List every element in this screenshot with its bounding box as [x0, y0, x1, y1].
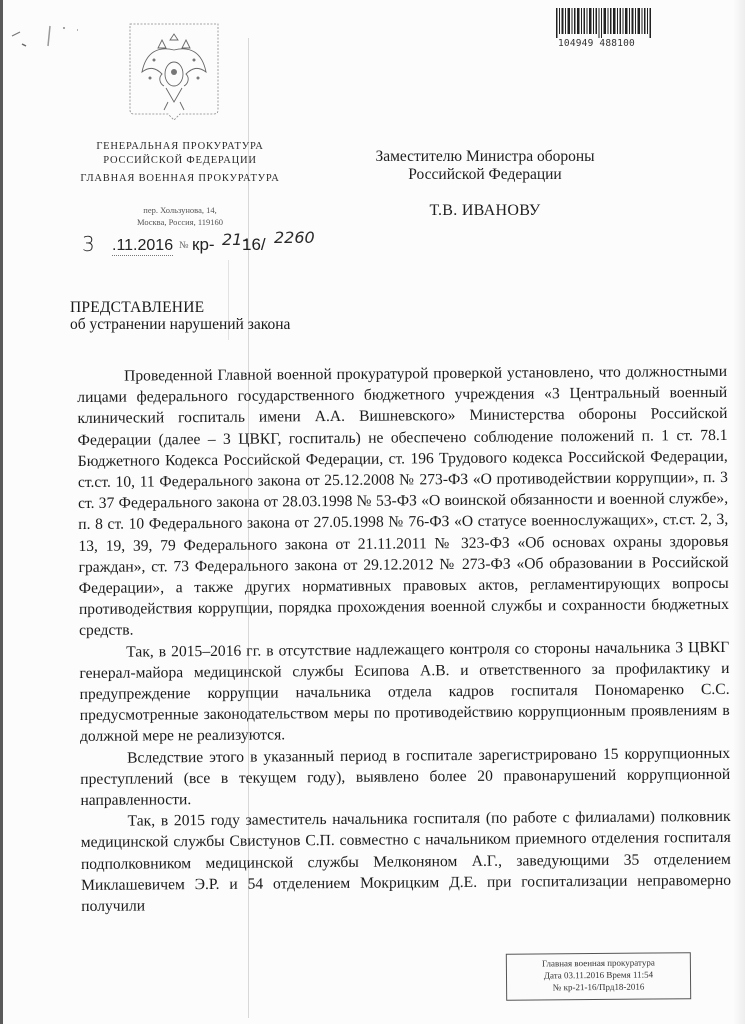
document-title: ПРЕДСТАВЛЕНИЕ об устранении нарушений за…: [70, 299, 290, 333]
barcode-number: 104949 488100: [558, 38, 656, 49]
body-paragraph-4: Так, в 2015 году заместитель начальника …: [80, 806, 731, 917]
addressee-block: Заместителю Министра обороны Российской …: [355, 148, 615, 220]
scan-marks-icon: [8, 22, 78, 62]
scan-right-shadow: [733, 0, 745, 1024]
org-line-2: РОССИЙСКОЙ ФЕДЕРАЦИИ: [60, 154, 300, 168]
title-main: ПРЕДСТАВЛЕНИЕ: [70, 299, 290, 316]
body-paragraph-2: Так, в 2015–2016 гг. в отсутствие надлеж…: [79, 637, 730, 748]
registration-prefix: кр-: [192, 235, 215, 255]
title-subtitle: об устранении нарушений закона: [70, 316, 290, 333]
addressee-position-line-2: Российской Федерации: [355, 166, 615, 184]
document-page: ГЕНЕРАЛЬНАЯ ПРОКУРАТУРА РОССИЙСКОЙ ФЕДЕР…: [0, 0, 745, 1024]
registration-month-year: .11.2016: [112, 237, 173, 256]
address-line-1: пер. Хользунова, 14,: [60, 204, 300, 216]
organization-address: пер. Хользунова, 14, Москва, Россия, 119…: [60, 204, 300, 228]
scan-left-edge: [0, 0, 3, 1024]
registration-stamp: Главная военная прокуратура Дата 03.11.2…: [506, 952, 691, 1001]
org-line-1: ГЕНЕРАЛЬНАЯ ПРОКУРАТУРА: [60, 140, 300, 154]
body-paragraph-1: Проведенной Главной военной прокуратурой…: [77, 361, 729, 642]
registration-middle: 16/: [242, 235, 266, 255]
document-body: Проведенной Главной военной прокуратурой…: [77, 361, 731, 917]
body-paragraph-3: Вследствие этого в указанный период в го…: [80, 743, 730, 812]
organization-header: ГЕНЕРАЛЬНАЯ ПРОКУРАТУРА РОССИЙСКОЙ ФЕДЕР…: [60, 140, 300, 186]
registration-day: 3: [82, 232, 95, 256]
addressee-name: Т.В. ИВАНОВУ: [355, 202, 615, 220]
address-line-2: Москва, Россия, 119160: [60, 216, 300, 228]
barcode-icon: [556, 8, 654, 38]
stamp-line-3: № кр-21-16/Прд18-2016: [507, 980, 690, 994]
addressee-position-line-1: Заместителю Министра обороны: [355, 148, 615, 166]
org-line-3: ГЛАВНАЯ ВОЕННАЯ ПРОКУРАТУРА: [60, 172, 300, 186]
coat-of-arms-icon: [128, 22, 220, 122]
barcode: 104949 488100: [556, 8, 654, 48]
number-sign: №: [179, 240, 189, 251]
handwritten-number-part-2: 2260: [274, 228, 315, 247]
registration-number: 3 .11.2016 № кр- 21- 16/ 2260: [82, 230, 342, 260]
